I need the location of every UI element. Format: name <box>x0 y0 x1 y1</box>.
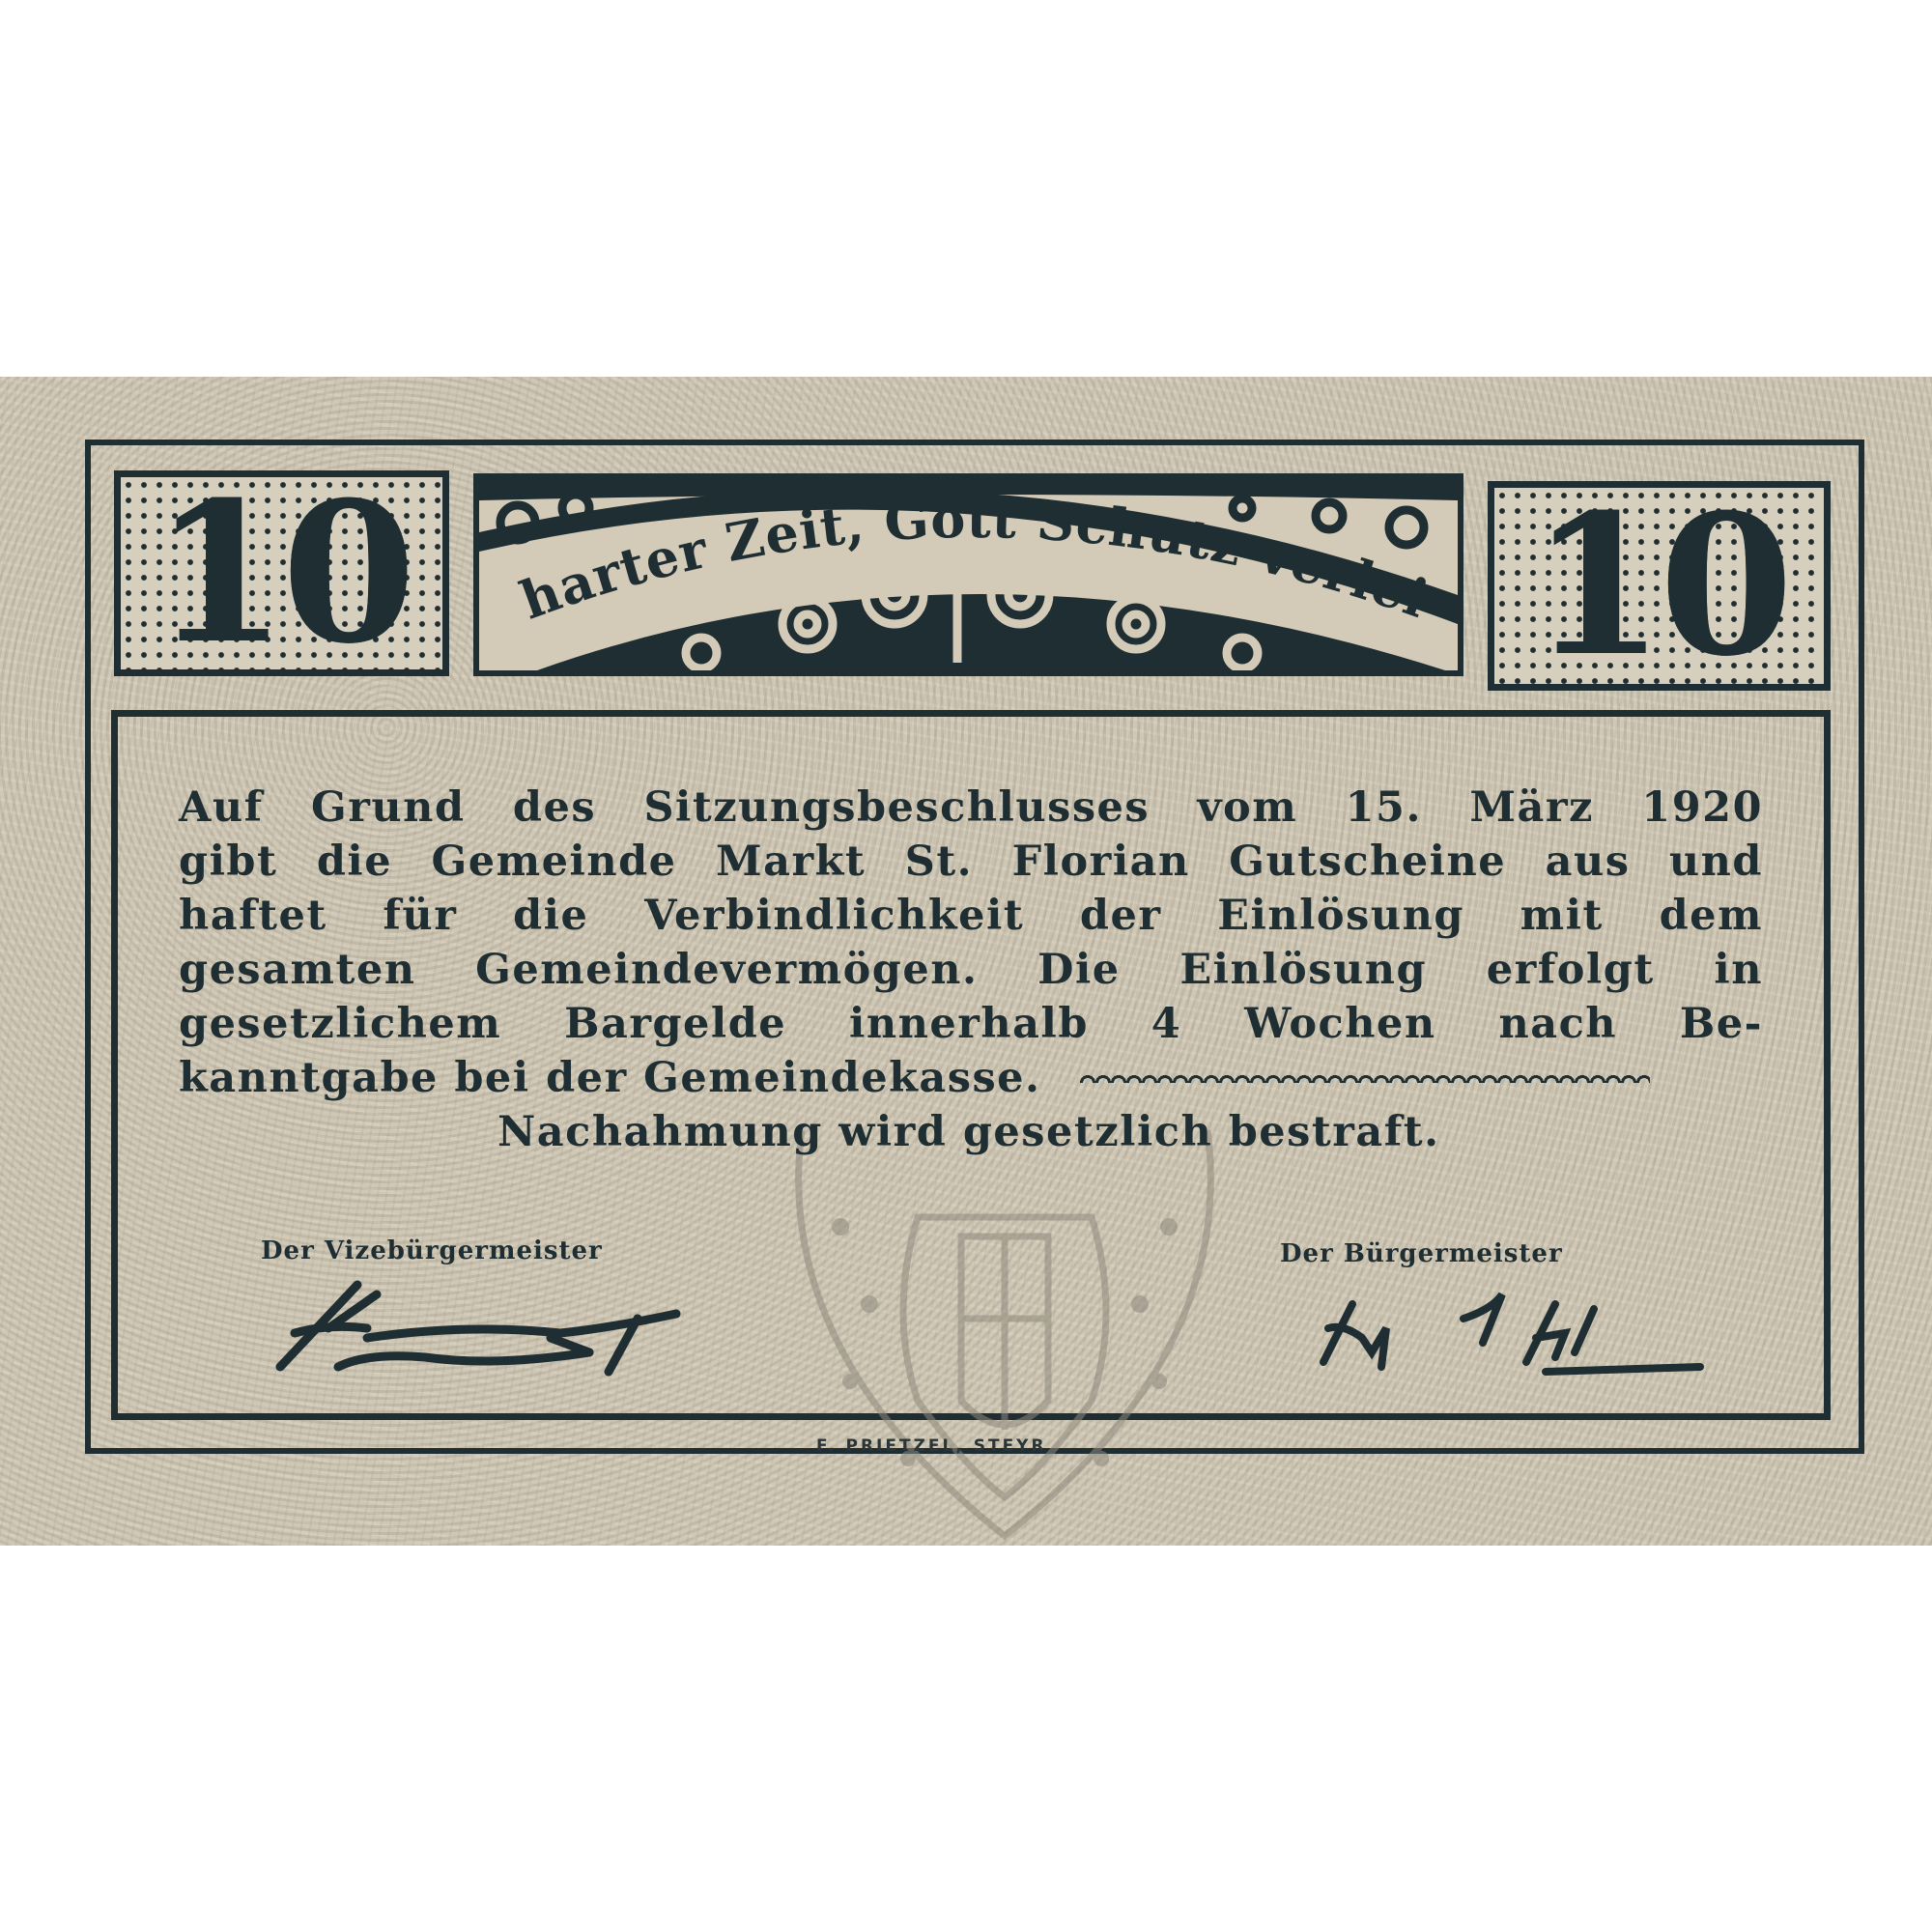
declaration-text: Auf Grund des Sitzungsbeschlusses vom 15… <box>179 781 1763 1159</box>
svg-text:In harter Zeit, Gott Schutz ve: In harter Zeit, Gott Schutz verleiht! <box>479 479 1436 639</box>
motto-banner: In harter Zeit, Gott Schutz verleiht! <box>473 473 1463 676</box>
wavy-line-ornament <box>1080 1073 1650 1089</box>
denomination-panel-right: 10 <box>1488 481 1831 691</box>
declaration-line-2: gibt die Gemeinde Markt St. Florian Guts… <box>179 835 1763 889</box>
denomination-panel-left: 10 <box>114 470 449 676</box>
denomination-right: 10 <box>1530 490 1787 683</box>
banknote: 10 <box>0 377 1932 1546</box>
printer-imprint: F. PRIETZEL, STEYR <box>816 1436 1047 1456</box>
vice-mayor-signature-icon <box>270 1275 696 1381</box>
mayor-label: Der Bürgermeister <box>1280 1239 1563 1268</box>
declaration-line-6: kanntgabe bei der Gemeindekasse. <box>179 1054 1041 1102</box>
declaration-line-5: gesetzlichem Bargelde innerhalb 4 Wochen… <box>179 997 1763 1051</box>
denomination-left: 10 <box>153 477 410 670</box>
counterfeit-warning: Nachahmung wird gesetzlich bestraft. <box>179 1105 1763 1159</box>
declaration-line-4: gesamten Gemeindevermögen. Die Einlösung… <box>179 943 1763 997</box>
motto-text: In harter Zeit, Gott Schutz verleiht! <box>479 479 1458 670</box>
mayor-signature-icon <box>1314 1285 1710 1381</box>
vice-mayor-label: Der Vizebürgermeister <box>261 1236 603 1265</box>
declaration-line-3: haftet für die Verbindlichkeit der Einlö… <box>179 889 1763 943</box>
declaration-line-1: Auf Grund des Sitzungsbeschlusses vom 15… <box>179 781 1763 835</box>
coat-of-arms-shield-icon <box>773 1111 1236 1555</box>
declaration-line-6-wrap: kanntgabe bei der Gemeindekasse. <box>179 1051 1763 1105</box>
